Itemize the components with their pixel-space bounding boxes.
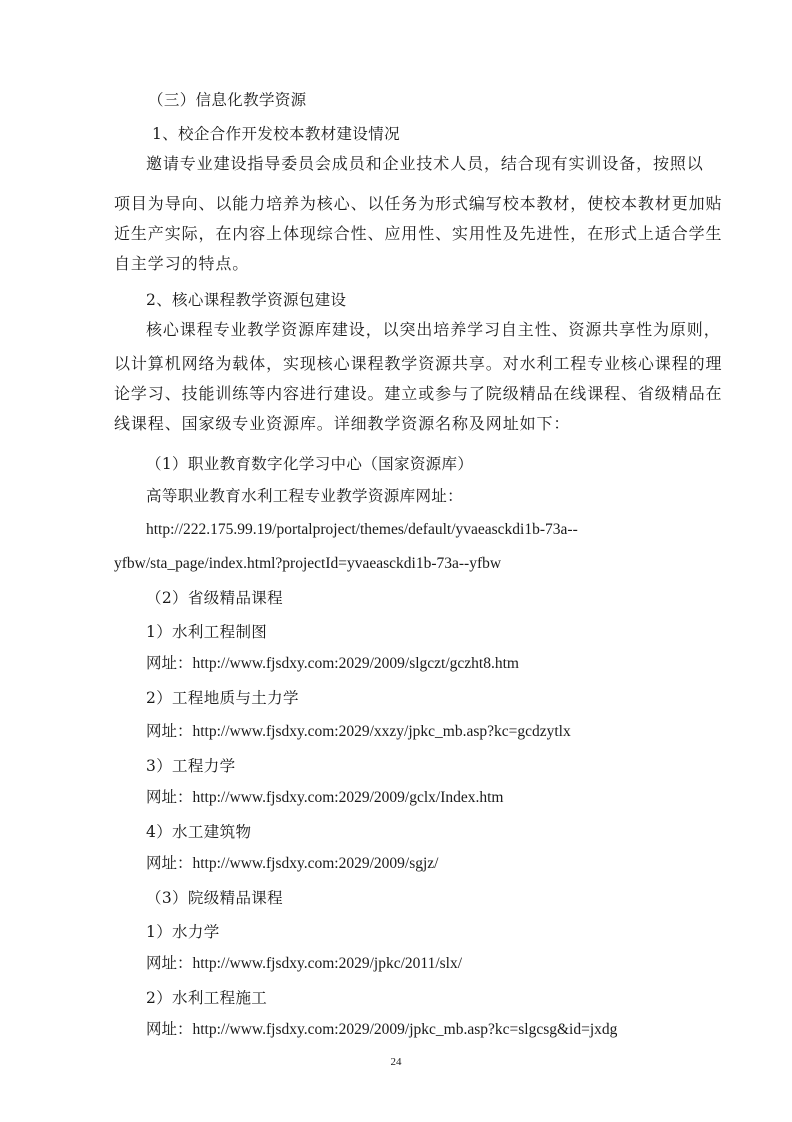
national-resource-label: 高等职业教育水利工程专业教学资源库网址： — [146, 486, 463, 506]
course-name: 2）工程地质与土力学 — [146, 688, 299, 708]
national-resource-heading: （1）职业教育数字化学习中心（国家资源库） — [146, 454, 473, 474]
section-title: （三）信息化教学资源 — [148, 90, 307, 110]
national-resource-url-line1[interactable]: http://222.175.99.19/portalproject/theme… — [146, 520, 578, 540]
paragraph-line: 项目为导向、以能力培养为核心、以任务为形式编写校本教材，使校本教材更加贴 — [114, 194, 722, 214]
course-url[interactable]: 网址：http://www.fjsdxy.com:2029/2009/slgcz… — [146, 654, 519, 674]
provincial-courses-heading: （2）省级精品课程 — [146, 588, 283, 608]
paragraph-line: 核心课程专业教学资源库建设，以突出培养学习自主性、资源共享性为原则， — [146, 320, 721, 340]
paragraph-line: 邀请专业建设指导委员会成员和企业技术人员，结合现有实训设备，按照以 — [146, 154, 704, 174]
course-url[interactable]: 网址：http://www.fjsdxy.com:2029/xxzy/jpkc_… — [146, 722, 571, 742]
course-name: 3）工程力学 — [146, 756, 235, 776]
subsection-heading-resources: 2、核心课程教学资源包建设 — [146, 290, 346, 310]
paragraph-line: 近生产实际，在内容上体现综合性、应用性、实用性及先进性，在形式上适合学生 — [114, 224, 722, 244]
course-url[interactable]: 网址：http://www.fjsdxy.com:2029/2009/gclx/… — [146, 788, 503, 808]
paragraph-line: 线课程、国家级专业资源库。详细教学资源名称及网址如下： — [114, 414, 570, 434]
course-name: 1）水力学 — [146, 922, 220, 942]
course-url[interactable]: 网址：http://www.fjsdxy.com:2029/2009/sgjz/ — [146, 854, 438, 874]
course-name: 1）水利工程制图 — [146, 622, 267, 642]
national-resource-url-line2[interactable]: yfbw/sta_page/index.html?projectId=yvaea… — [114, 554, 501, 574]
paragraph-line: 以计算机网络为载体，实现核心课程教学资源共享。对水利工程专业核心课程的理 — [114, 354, 722, 374]
course-name: 4）水工建筑物 — [146, 822, 251, 842]
subsection-heading-textbooks: 1、校企合作开发校本教材建设情况 — [152, 124, 400, 144]
course-url[interactable]: 网址：http://www.fjsdxy.com:2029/jpkc/2011/… — [146, 954, 462, 974]
paragraph-line: 论学习、技能训练等内容进行建设。建立或参与了院级精品在线课程、省级精品在 — [114, 384, 722, 404]
document-page: （三）信息化教学资源 1、校企合作开发校本教材建设情况 邀请专业建设指导委员会成… — [0, 0, 792, 1122]
course-name: 2）水利工程施工 — [146, 988, 267, 1008]
paragraph-line: 自主学习的特点。 — [114, 254, 249, 274]
course-url[interactable]: 网址：http://www.fjsdxy.com:2029/2009/jpkc_… — [146, 1020, 617, 1040]
page-number: 24 — [0, 1056, 792, 1068]
college-courses-heading: （3）院级精品课程 — [146, 888, 283, 908]
